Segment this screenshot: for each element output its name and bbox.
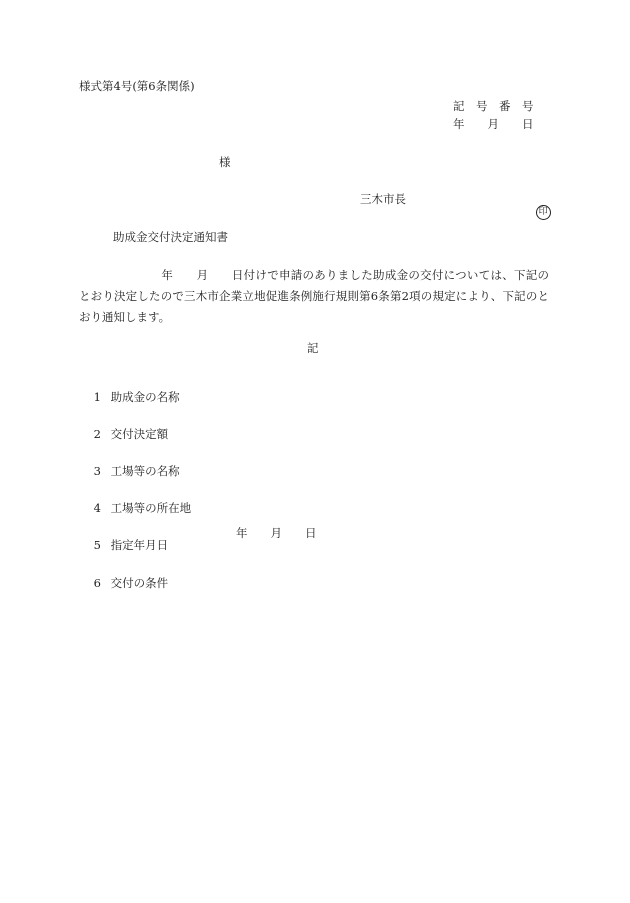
issuer-title: 三木市長 <box>360 194 406 206</box>
list-item: 6交付の条件 <box>79 566 168 601</box>
item-number: 4 <box>94 503 111 515</box>
list-item: 5指定年月日 <box>79 528 168 563</box>
notation-heading: 記 <box>307 343 319 355</box>
document-title: 助成金交付決定通知書 <box>113 232 228 244</box>
issue-date: 年 月 日 <box>453 119 534 131</box>
addressee-suffix: 様 <box>219 157 231 169</box>
seal-mark: 印 <box>536 205 551 220</box>
list-item: 1助成金の名称 <box>79 380 180 415</box>
item-label: 交付決定額 <box>111 427 169 441</box>
item-number: 6 <box>94 578 111 590</box>
item-number: 2 <box>94 429 111 441</box>
item-number: 1 <box>94 392 111 404</box>
list-item: 4工場等の所在地 <box>79 491 191 526</box>
item-number: 3 <box>94 466 111 478</box>
item-label: 工場等の名称 <box>111 464 180 478</box>
body-text: 年 月 日付けで申請のありました助成金の交付については、下記のとおり決定したので… <box>79 265 549 328</box>
designation-date-value: 年 月 日 <box>236 528 317 540</box>
seal-icon: 印 <box>521 193 551 231</box>
item-number: 5 <box>94 540 111 552</box>
form-label: 様式第4号(第6条関係) <box>79 81 195 93</box>
item-label: 交付の条件 <box>111 576 169 590</box>
reference-number: 記 号 番 号 <box>453 101 534 113</box>
item-label: 指定年月日 <box>111 538 169 552</box>
list-item: 3工場等の名称 <box>79 454 180 489</box>
item-label: 工場等の所在地 <box>111 501 192 515</box>
item-label: 助成金の名称 <box>111 390 180 404</box>
list-item: 2交付決定額 <box>79 417 168 452</box>
